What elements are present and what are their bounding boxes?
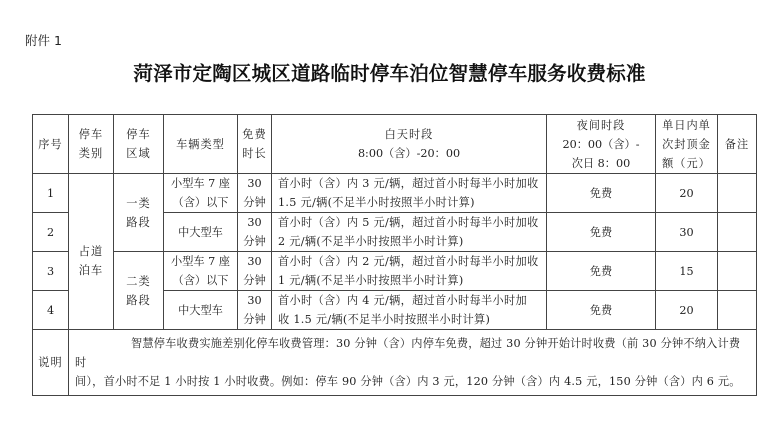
daytime-line2: 收 1.5 元/辆(不足半小时按照半小时计算) (278, 310, 544, 329)
header-cap-line2: 次封顶金 (658, 135, 715, 154)
area-class-1: 一类 路段 (114, 174, 164, 252)
area-1-line1: 一类 (116, 194, 161, 213)
note-label: 说明 (33, 330, 69, 396)
free-duration: 30 分钟 (238, 252, 272, 291)
remark (718, 174, 757, 213)
note-line1-text: 智慧停车收费实施差别化停车收费管理：30 分钟（含）内停车免费，超过 30 分钟… (75, 337, 740, 369)
vehicle-line1: 小型车 7 座 (166, 174, 235, 193)
header-row: 序号 停车 类别 停车 区域 车辆类型 免费 时长 白天时段 8:00（含）-2… (33, 115, 757, 174)
free-line1: 30 (240, 213, 269, 232)
night-fee: 免费 (547, 252, 656, 291)
daytime-fee: 首小时（含）内 3 元/辆，超过首小时每半小时加收 1.5 元/辆(不足半小时按… (272, 174, 547, 213)
header-category: 停车 类别 (69, 115, 114, 174)
daytime-line1: 首小时（含）内 2 元/辆，超过首小时每半小时加收 (278, 252, 544, 271)
night-fee: 免费 (547, 213, 656, 252)
vehicle-type: 中大型车 (164, 213, 238, 252)
vehicle-line2: （含）以下 (166, 193, 235, 212)
fee-standard-table: 序号 停车 类别 停车 区域 车辆类型 免费 时长 白天时段 8:00（含）-2… (32, 114, 757, 396)
daytime-line2: 1 元/辆(不足半小时按照半小时计算) (278, 271, 544, 290)
daytime-line1: 首小时（含）内 5 元/辆，超过首小时每半小时加收 (278, 213, 544, 232)
header-area-line1: 停车 (116, 125, 161, 144)
header-daytime-line1: 白天时段 (274, 125, 544, 144)
free-duration: 30 分钟 (238, 174, 272, 213)
free-line1: 30 (240, 291, 269, 310)
daytime-fee: 首小时（含）内 5 元/辆，超过首小时每半小时加收 2 元/辆(不足半小时按照半… (272, 213, 547, 252)
header-category-line1: 停车 (71, 125, 111, 144)
daily-cap: 20 (656, 174, 718, 213)
header-free-line2: 时长 (240, 144, 269, 163)
free-duration: 30 分钟 (238, 213, 272, 252)
area-class-2: 二类 路段 (114, 252, 164, 330)
remark (718, 252, 757, 291)
header-area: 停车 区域 (114, 115, 164, 174)
free-line1: 30 (240, 174, 269, 193)
daily-cap: 30 (656, 213, 718, 252)
row-seq: 1 (33, 174, 69, 213)
header-free-duration: 免费 时长 (238, 115, 272, 174)
header-daytime-line2: 8:00（含）-20：00 (274, 144, 544, 163)
daytime-fee: 首小时（含）内 4 元/辆，超过首小时每半小时加 收 1.5 元/辆(不足半小时… (272, 291, 547, 330)
category-line2: 泊车 (71, 261, 111, 280)
free-line2: 分钟 (240, 271, 269, 290)
attachment-label: 附件 1 (25, 31, 62, 49)
note-line2: 间），首小时不足 1 小时按 1 小时收费。例如：停车 90 分钟（含）内 3 … (75, 372, 750, 391)
table-row: 3 二类 路段 小型车 7 座 （含）以下 30 分钟 首小时（含）内 2 元/… (33, 252, 757, 291)
area-2-line2: 路段 (116, 291, 161, 310)
vehicle-line2: （含）以下 (166, 271, 235, 290)
header-vehicle-type: 车辆类型 (164, 115, 238, 174)
header-cap-line1: 单日内单 (658, 116, 715, 135)
header-seq: 序号 (33, 115, 69, 174)
header-category-line2: 类别 (71, 144, 111, 163)
header-cap-line3: 额（元） (658, 154, 715, 173)
header-area-line2: 区域 (116, 144, 161, 163)
vehicle-type: 中大型车 (164, 291, 238, 330)
note-row: 说明 智慧停车收费实施差别化停车收费管理：30 分钟（含）内停车免费，超过 30… (33, 330, 757, 396)
daily-cap: 15 (656, 252, 718, 291)
row-seq: 2 (33, 213, 69, 252)
table-row: 1 占道 泊车 一类 路段 小型车 7 座 （含）以下 30 分钟 首小时（含）… (33, 174, 757, 213)
category-line1: 占道 (71, 242, 111, 261)
row-seq: 4 (33, 291, 69, 330)
document-title: 菏泽市定陶区城区道路临时停车泊位智慧停车服务收费标准 (0, 58, 779, 86)
night-fee: 免费 (547, 291, 656, 330)
remark (718, 213, 757, 252)
free-duration: 30 分钟 (238, 291, 272, 330)
free-line1: 30 (240, 252, 269, 271)
header-night-line3: 次日 8：00 (549, 154, 653, 173)
row-seq: 3 (33, 252, 69, 291)
daytime-line1: 首小时（含）内 4 元/辆，超过首小时每半小时加 (278, 291, 544, 310)
note-text: 智慧停车收费实施差别化停车收费管理：30 分钟（含）内停车免费，超过 30 分钟… (69, 330, 757, 396)
note-line1: 智慧停车收费实施差别化停车收费管理：30 分钟（含）内停车免费，超过 30 分钟… (75, 334, 750, 372)
free-line2: 分钟 (240, 310, 269, 329)
daily-cap: 20 (656, 291, 718, 330)
area-1-line2: 路段 (116, 213, 161, 232)
daytime-line2: 1.5 元/辆(不足半小时按照半小时计算) (278, 193, 544, 212)
header-daily-cap: 单日内单 次封顶金 额（元） (656, 115, 718, 174)
header-night-line1: 夜间时段 (549, 116, 653, 135)
vehicle-type: 小型车 7 座 （含）以下 (164, 174, 238, 213)
vehicle-type: 小型车 7 座 （含）以下 (164, 252, 238, 291)
header-remark: 备注 (718, 115, 757, 174)
daytime-line1: 首小时（含）内 3 元/辆，超过首小时每半小时加收 (278, 174, 544, 193)
free-line2: 分钟 (240, 193, 269, 212)
vehicle-line1: 小型车 7 座 (166, 252, 235, 271)
daytime-fee: 首小时（含）内 2 元/辆，超过首小时每半小时加收 1 元/辆(不足半小时按照半… (272, 252, 547, 291)
remark (718, 291, 757, 330)
night-fee: 免费 (547, 174, 656, 213)
header-free-line1: 免费 (240, 125, 269, 144)
daytime-line2: 2 元/辆(不足半小时按照半小时计算) (278, 232, 544, 251)
header-night: 夜间时段 20：00（含）- 次日 8：00 (547, 115, 656, 174)
header-night-line2: 20：00（含）- (549, 135, 653, 154)
header-daytime: 白天时段 8:00（含）-20：00 (272, 115, 547, 174)
free-line2: 分钟 (240, 232, 269, 251)
area-2-line1: 二类 (116, 272, 161, 291)
parking-category: 占道 泊车 (69, 174, 114, 330)
